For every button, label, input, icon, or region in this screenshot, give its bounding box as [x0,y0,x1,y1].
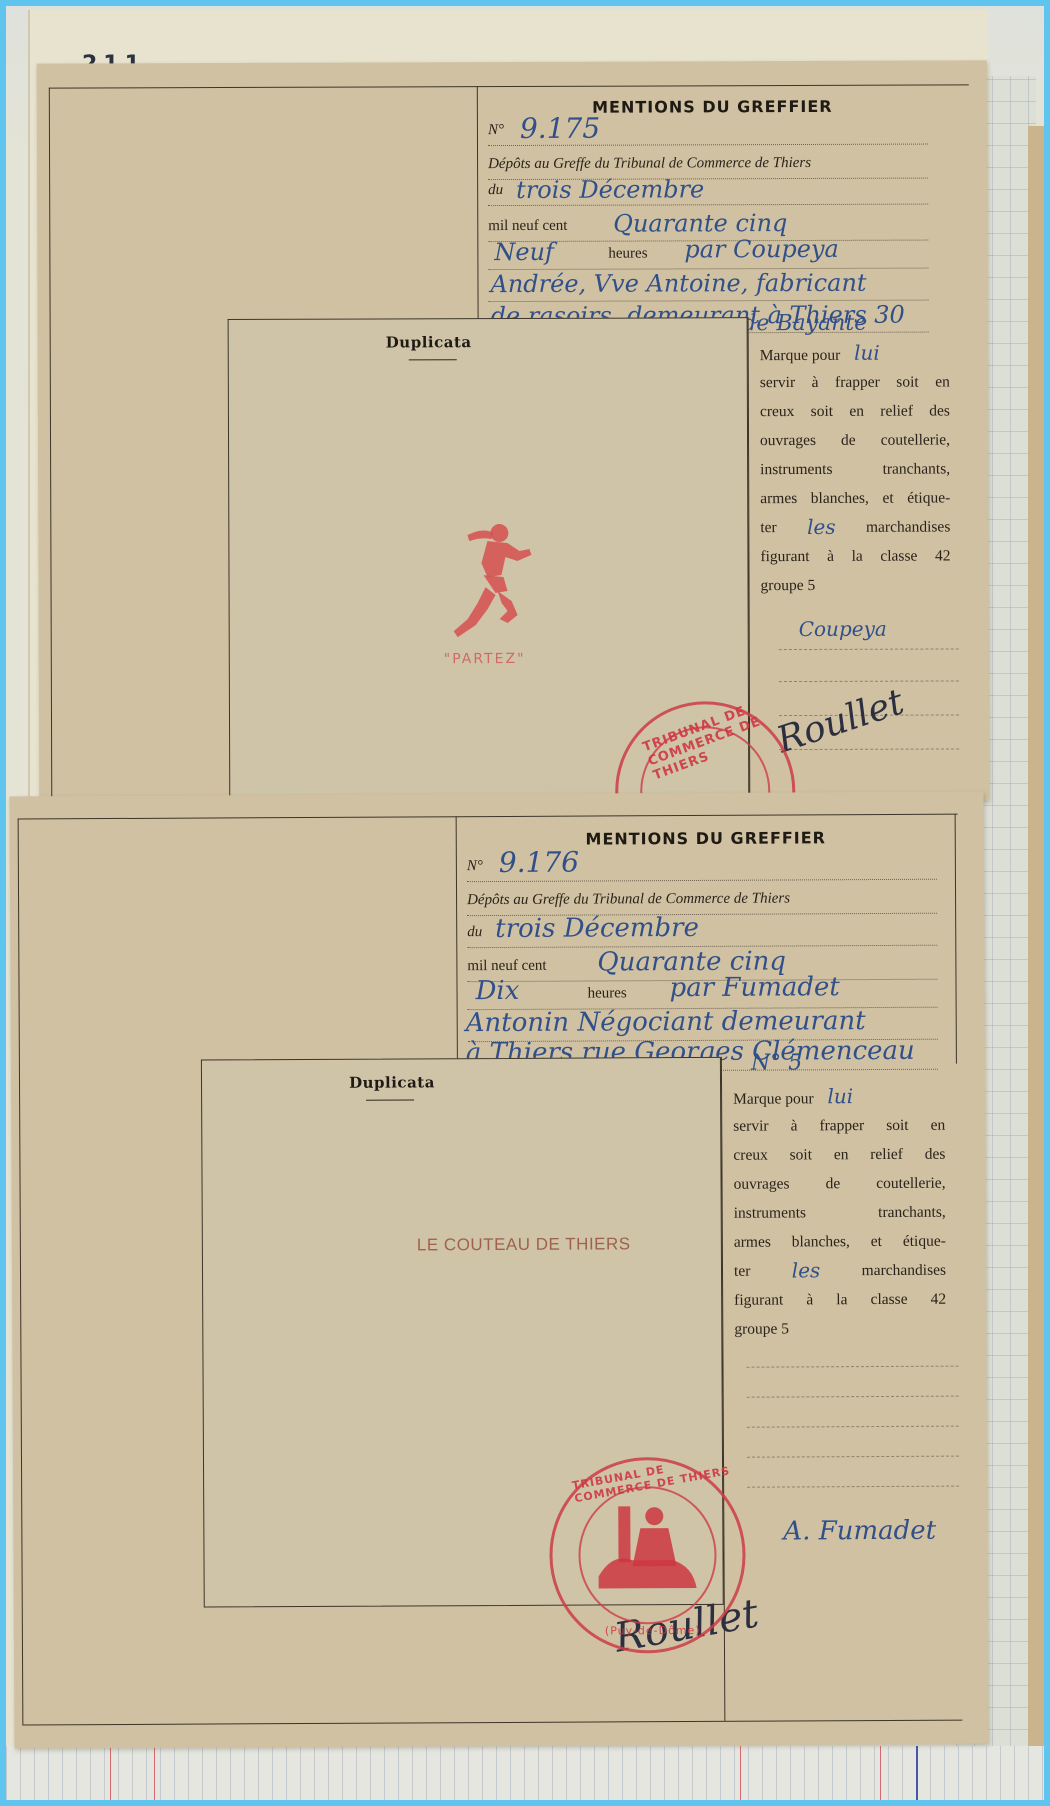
form-card-9176: MENTIONS DU GREFFIER N° 9.176 Dépôts au … [10,791,989,1748]
tribunal-seal: TRIBUNAL DE COMMERCE DE THIERS (Puy-de-D… [549,1457,746,1654]
marque-line1-value: lui [827,1084,853,1108]
year-value: Quarante cinq [613,209,787,238]
marque-line8: figurant à la classe 42 [760,541,950,571]
du-label: du [467,924,482,940]
marque-line2: servir à frapper soit en [760,367,950,397]
deposit-line: Dépôts au Greffe du Tribunal de Commerce… [467,890,937,916]
red-margin-rule [880,1746,881,1800]
number-label: N° [467,858,483,874]
card-border [18,819,24,1725]
register-edge-tab [1028,126,1044,1796]
marque-line7-end: marchandises [866,512,950,541]
signature-line [779,648,959,650]
form-card-9175: MENTIONS DU GREFFIER N° 9.175 Dépôts au … [37,60,990,803]
signature-line [779,680,959,682]
marque-line4: ouvrages de coutellerie, [760,425,950,455]
depositor-value: par Coupeya [684,235,839,264]
marque-line2: servir à frapper soit en [733,1111,945,1141]
marque-line6: armes blanches, et étique- [760,483,950,513]
deposit-label: Dépôts au Greffe du Tribunal de Commerce… [488,155,811,172]
marque-line9: groupe 5 [734,1314,946,1344]
deposit-label: Dépôts au Greffe du Tribunal de Commerce… [467,890,790,908]
marque-line5: instruments tranchants, [760,454,950,484]
number-value: 9.176 [499,846,579,879]
marque-line8: figurant à la classe 42 [734,1285,946,1315]
document-photo-frame: 211 MENTIONS DU GREFFIER N° 9.175 Dépôts… [6,6,1044,1800]
du-label: du [488,182,503,198]
red-margin-rule [740,1746,741,1800]
depositor-value: par Fumadet [669,972,839,1003]
duplicata-title: Duplicata [292,1073,492,1092]
marque-line1-label: Marque pour [760,347,841,364]
card-border [22,1720,962,1726]
signature-depositor: A. Fumadet [783,1516,936,1547]
number-value: 9.175 [520,112,600,145]
marque-line4: ouvrages de coutellerie, [733,1169,945,1199]
year-label: mil neuf cent [488,218,567,234]
running-athlete-icon [447,519,537,649]
duplicata-underline [366,1099,414,1100]
marque-line9: groupe 5 [760,570,950,600]
marque-line3: creux soit en relief des [733,1140,945,1170]
register-ruled-bottom [6,1746,1044,1800]
signature-line [747,1456,959,1458]
year-label: mil neuf cent [467,958,546,974]
marque-line7-label: ter [760,513,776,542]
number-label: N° [488,122,504,138]
signature-line [747,1486,959,1488]
hour-value: Neuf [494,238,554,266]
marque-line7-label: ter [734,1257,751,1286]
greffier-section: MENTIONS DU GREFFIER N° 9.175 Dépôts au … [477,84,948,336]
duplicata-underline [409,359,457,360]
signature-depositor: Coupeya [799,617,887,641]
blue-margin-rule [916,1746,918,1800]
marque-line7-value: les [792,1256,821,1285]
marque-line7-end: marchandises [862,1256,947,1285]
depositor-detail-1: Andrée, Vve Antoine, fabricant [490,269,866,298]
seal-emblem-icon [592,1496,703,1607]
marque-line7-value: les [807,513,836,542]
date-value: trois Décembre [495,913,699,944]
duplicata-title: Duplicata [329,333,529,352]
mark-text: LE COUTEAU DE THIERS [417,1234,631,1255]
card-border [49,88,52,804]
marque-line6: armes blanches, et étique- [734,1227,946,1257]
signature-line [747,1396,959,1398]
red-margin-rule [154,1746,155,1800]
marque-line3: creux soit en relief des [760,396,950,426]
depositor-detail-3: N° 5 [751,1050,802,1075]
seal-subtext: (Puy-de-Dôme) [605,1624,701,1638]
date-value: trois Décembre [516,175,704,204]
marque-text-block: Marque pour lui servir à frapper soit en… [733,1082,946,1344]
mark-caption: "PARTEZ" [444,651,526,667]
hour-value: Dix [475,976,519,1006]
marque-text-block: Marque pour lui servir à frapper soit en… [760,338,951,600]
marque-line5: instruments tranchants, [734,1198,946,1228]
marque-line1-value: lui [854,341,880,365]
depositor-detail-1: Antonin Négociant demeurant [466,1006,866,1038]
signature-line [747,1366,959,1368]
signature-line [747,1426,959,1428]
marque-line1-label: Marque pour [733,1090,814,1107]
red-margin-rule [110,1746,111,1800]
greffier-section: MENTIONS DU GREFFIER N° 9.176 Dépôts au … [456,814,957,1067]
